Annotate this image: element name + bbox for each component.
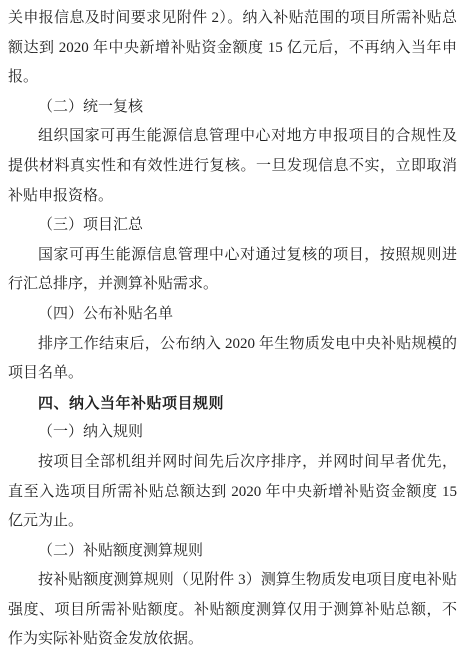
body-text-continued-from-previous-page: 关申报信息及时间要求见附件 2）。纳入补贴范围的项目所需补贴总额达到 2020 … xyxy=(8,4,457,93)
document-page: 关申报信息及时间要求见附件 2）。纳入补贴范围的项目所需补贴总额达到 2020 … xyxy=(0,0,465,651)
subsection-heading: （二）统一复核 xyxy=(8,93,457,123)
body-text: 按项目全部机组并网时间先后次序排序，并网时间早者优先，直至入选项目所需补贴总额达… xyxy=(8,448,457,537)
body-text: 组织国家可再生能源信息管理中心对地方申报项目的合规性及提供材料真实性和有效性进行… xyxy=(8,122,457,211)
subsection-heading: （二）补贴额度测算规则 xyxy=(8,537,457,567)
document-text-block: 关申报信息及时间要求见附件 2）。纳入补贴范围的项目所需补贴总额达到 2020 … xyxy=(8,4,457,651)
subsection-heading: （一）纳入规则 xyxy=(8,418,457,448)
body-text: 排序工作结束后，公布纳入 2020 年生物质发电中央补贴规模的项目名单。 xyxy=(8,330,457,389)
section-heading: 四、纳入当年补贴项目规则 xyxy=(8,389,457,419)
subsection-heading: （四）公布补贴名单 xyxy=(8,300,457,330)
body-text: 国家可再生能源信息管理中心对通过复核的项目，按照规则进行汇总排序，并测算补贴需求… xyxy=(8,241,457,300)
body-text: 按补贴额度测算规则（见附件 3）测算生物质发电项目度电补贴强度、项目所需补贴额度… xyxy=(8,566,457,651)
subsection-heading: （三）项目汇总 xyxy=(8,211,457,241)
